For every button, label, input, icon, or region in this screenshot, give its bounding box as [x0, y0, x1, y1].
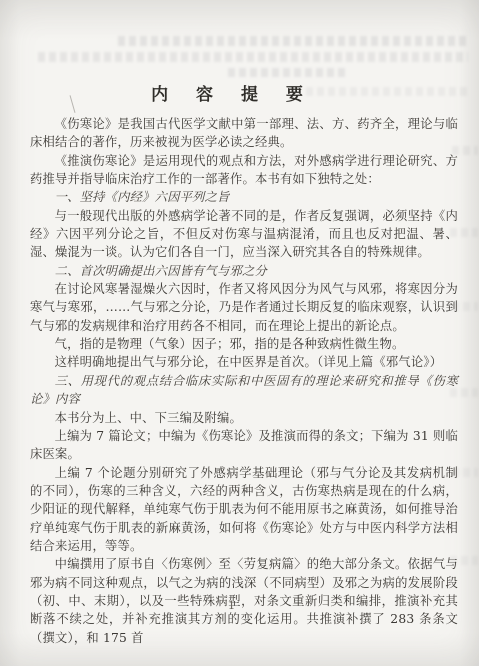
bleedthrough-text-line [118, 36, 470, 46]
section-heading: 一、坚持《内经》六因平列之旨 [30, 188, 458, 206]
paragraph: 与一般现代出版的外感病学论著不同的是，作者反复强调，必须坚持《内经》六因平列分论… [30, 207, 458, 262]
page-number: 1 [0, 598, 471, 612]
bleedthrough-text-line [38, 52, 468, 62]
paragraph: 上编为 7 篇论文；中编为《伤寒论》及推演而得的条文；下编为 31 则临床医案。 [30, 427, 458, 464]
body-text-block: 《伤寒论》是我国古代医学文献中第一部理、法、方、药齐全，理论与临床相结合的著作，… [30, 115, 458, 647]
paragraph: 在讨论风寒暑湿燥火六因时，作者又将风因分为风气与风邪，将寒因分为寒气与寒邪，……… [30, 280, 458, 335]
paragraph: 《推演伤寒论》是运用现代的观点和方法，对外感病学进行理论研究、方药推导并指导临床… [30, 152, 458, 189]
paragraph: 《伤寒论》是我国古代医学文献中第一部理、法、方、药齐全，理论与临床相结合的著作，… [30, 115, 458, 152]
scanned-book-page: 内 容 提 要 《伤寒论》是我国古代医学文献中第一部理、法、方、药齐全，理论与临… [0, 0, 479, 666]
bleedthrough-text-line [228, 68, 346, 77]
paragraph: 气，指的是物理（气象）因子；邪，指的是各种致病性微生物。 [30, 335, 458, 353]
section-heading: 三、用现代的观点结合临床实际和中医固有的理论来研究和推导《伤寒论》内容 [30, 372, 458, 409]
section-heading: 二、首次明确提出六因皆有气与邪之分 [30, 262, 458, 280]
paragraph: 这样明确地提出气与邪分论，在中医界是首次。（详见上篇《邪气论》） [30, 353, 458, 371]
paragraph: 本书分为上、中、下三编及附编。 [30, 409, 458, 427]
page-title: 内 容 提 要 [0, 80, 472, 105]
paragraph: 上编 7 个论题分别研究了外感病学基础理论（邪与气分论及其发病机制的不同），伤寒… [30, 464, 458, 556]
